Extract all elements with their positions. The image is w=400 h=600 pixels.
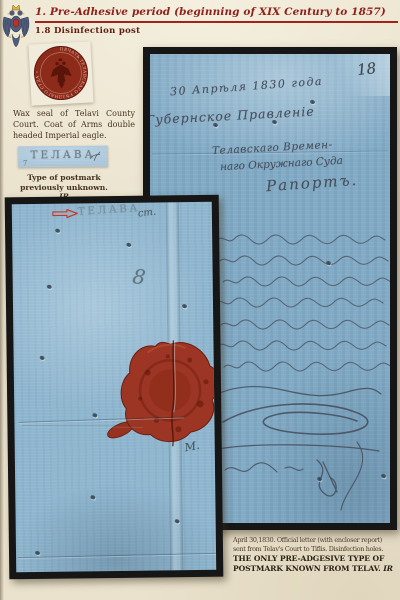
disinfection-hole [34,550,40,556]
crease-line [18,553,216,558]
caption-line1: April 30,1830. Official letter (with enc… [233,536,398,545]
page-number: 18 [356,59,377,79]
manuscript-number: 8 [131,264,147,289]
red-arrow-annotation [50,207,80,219]
signature-flourishes [205,384,390,523]
wax-seal-image: ПЕЧАТЬ ТЕЛАВСКАГО УѢЗДНАГО СУДА • [28,41,93,105]
handwritten-address: Губернское Правленіе [150,104,315,128]
disinfection-hole [181,303,187,309]
exhibit-page: 1. Pre-Adhesive period (beginning of XIX… [0,0,400,600]
expert-initials: IR [383,564,393,573]
disinfection-hole [212,122,218,128]
handwritten-sender-line1: Телавскаго Времен- [212,139,333,157]
subsection-title: 1.8 Disinfection post [35,26,140,36]
clerk-ink-mark: ст. [137,207,156,220]
wax-seal-specimen: ПЕЧАТЬ ТЕЛАВСКАГО УѢЗДНАГО СУДА • [28,41,93,105]
manuscript-letter: М. [184,439,201,455]
cover-letter: ТЕЛАВА ст. 8 [5,195,224,580]
imperial-eagle-emblem [1,4,31,48]
disinfection-hole [126,242,132,248]
postmark-strip-specimen: ТЕЛАВА 7 [18,146,108,168]
seal-caption: Wax seal of Telavi County Court. Coat of… [13,109,135,141]
handwritten-sender-line2: наго Окружнаго Суда [220,155,343,173]
disinfection-hole [271,119,277,125]
caption-highlight-line1: THE ONLY PRE-ADGESIVE TYPE OF [233,554,398,564]
telava-postmark-strike: ТЕЛАВА [78,202,141,218]
postmark-caption-line1: Type of postmark [16,173,112,183]
disinfection-hole [39,355,45,361]
section-title: 1. Pre-Adhesive period (beginning of XIX… [35,6,386,18]
handwritten-body-script [215,232,390,382]
handwritten-doc-heading: Рапортъ. [265,171,358,195]
item-caption: April 30,1830. Official letter (with enc… [233,536,398,574]
header-rule [35,21,398,23]
caption-line2: sent from Telav's Court to Tiflis. Disin… [233,545,398,554]
wax-seal [103,332,216,449]
disinfection-hole [55,228,61,234]
cover-letter-paper: ТЕЛАВА ст. 8 [12,202,216,572]
pen-flourish-icon [88,149,102,163]
disinfection-hole [46,284,52,290]
crease-line [22,425,142,427]
disinfection-hole [90,494,96,500]
caption-highlight-line2: POSTMARK KNOWN FROM TELAV. IR [233,564,398,574]
disinfection-hole [92,412,98,418]
